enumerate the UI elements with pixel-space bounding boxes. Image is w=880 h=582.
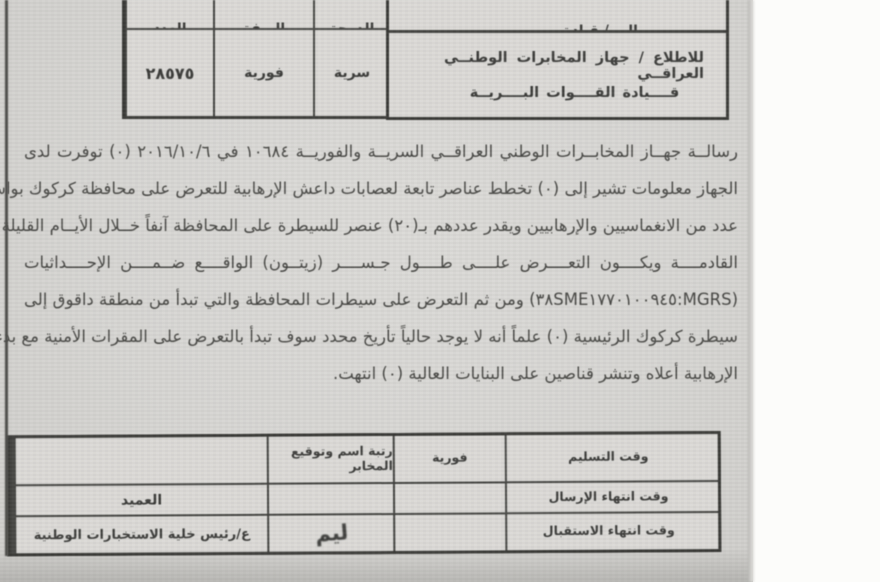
message-number-value: ٢٨٥٧٥ [146, 64, 195, 83]
info-recipients-cell: للاطلاع / جهاز المخابرات الوطنــي العراق… [389, 33, 726, 117]
delivery-time-label: وقت التسليم [568, 448, 648, 463]
classification-header-clipped: الدرجة [315, 0, 389, 28]
transmission-end-time-label: وقت انتهاء الإرسال [549, 488, 669, 504]
transmission-table: وقت التسليم فورية رتبة اسم وتوقيع المخاب… [7, 431, 722, 556]
signature-block-empty-cell [16, 437, 267, 485]
delivery-time-label-cell: وقت التسليم [507, 434, 718, 481]
number-header-clipped: العدد [127, 0, 213, 28]
operator-signature-header: رتبة اسم وتوقيع المخابر [269, 443, 393, 474]
body-line-5-mgrs-coordinates: (MGRS:٣٨SME١٧٧٠١٠٠٩٤٥) ومن ثم التعرض على… [24, 281, 738, 318]
paper-bottom-shadow [0, 548, 753, 582]
message-number-cell: ٢٨٥٧٥ [127, 30, 213, 116]
operator-row2-empty-cell [269, 484, 393, 514]
classification-cell: سرية [315, 30, 389, 116]
routing-to-line-clipped: الى / قيادة ـــــــــــــــــ [389, 0, 726, 30]
message-body: رسالــة جهــاز المخابــرات الوطني العراق… [24, 133, 738, 392]
operator-signature-scribble: ليم [314, 520, 349, 546]
operator-signature-cell: ليم [269, 515, 393, 552]
precedence-cell-bottom: فورية [395, 435, 505, 482]
number-header-label: العدد [127, 21, 213, 28]
info-recipient-line-2: قــــيادة القــــوات البــــريــة [470, 85, 679, 101]
sender-rank: العميد [121, 492, 162, 508]
operator-signature-header-cell: رتبة اسم وتوقيع المخابر [269, 436, 393, 483]
paper-right-edge [748, 0, 754, 582]
paper-left-edge-shadow [5, 0, 8, 556]
classification-header-label: الدرجة [315, 21, 389, 28]
precedence-header-label: الصفة [215, 21, 313, 28]
scan-content: الدرجة الصفة العدد سرية فورية ٢٨٥٧٥ الى … [0, 0, 753, 582]
body-line-4: القادمــــة ويكــــون التعــــرض علــــى… [24, 244, 738, 281]
transmission-end-empty-cell [395, 483, 505, 513]
routing-to-line: الى / قيادة ـــــــــــــــــ [389, 23, 726, 30]
body-line-2: الجهاز معلومات تشير إلى (٠) تخطط عناصر ت… [24, 170, 738, 207]
sender-title: ع/رئيس خلية الاستخبارات الوطنية [34, 526, 250, 542]
reception-end-time-label: وقت انتهاء الاستقبال [543, 522, 675, 538]
routing-info-box: الى / قيادة ـــــــــــــــــ للاطلاع / … [386, 0, 729, 120]
precedence-value: فورية [244, 65, 284, 81]
info-recipient-line-1: للاطلاع / جهاز المخابرات الوطنــي العراق… [399, 50, 704, 82]
sender-rank-cell: العميد [16, 485, 267, 516]
scanned-paper: الدرجة الصفة العدد سرية فورية ٢٨٥٧٥ الى … [0, 0, 753, 582]
precedence-header-clipped: الصفة [215, 0, 313, 28]
reception-end-time-label-cell: وقت انتهاء الاستقبال [507, 513, 718, 550]
transmission-end-time-label-cell: وقت انتهاء الإرسال [507, 482, 718, 512]
body-line-6: سيطرة كركوك الرئيسية (٠) علماً أنه لا يو… [24, 318, 738, 355]
classification-table: الدرجة الصفة العدد سرية فورية ٢٨٥٧٥ [122, 0, 392, 119]
body-line-3: عدد من الانغماسيين والإرهابيين ويقدر عدد… [24, 207, 738, 244]
precedence-value-bottom: فورية [432, 450, 468, 465]
body-line-1: رسالــة جهــاز المخابــرات الوطني العراق… [24, 133, 738, 170]
scanned-document-page: { "colors": { "paper": "#d6d5d2", "ink":… [0, 0, 880, 582]
reception-end-empty-cell [395, 514, 505, 551]
precedence-cell: فورية [215, 30, 313, 116]
classification-value: سرية [334, 65, 370, 81]
body-line-7: الإرهابية أعلاه وتنشر قناصين على البنايا… [24, 355, 738, 392]
